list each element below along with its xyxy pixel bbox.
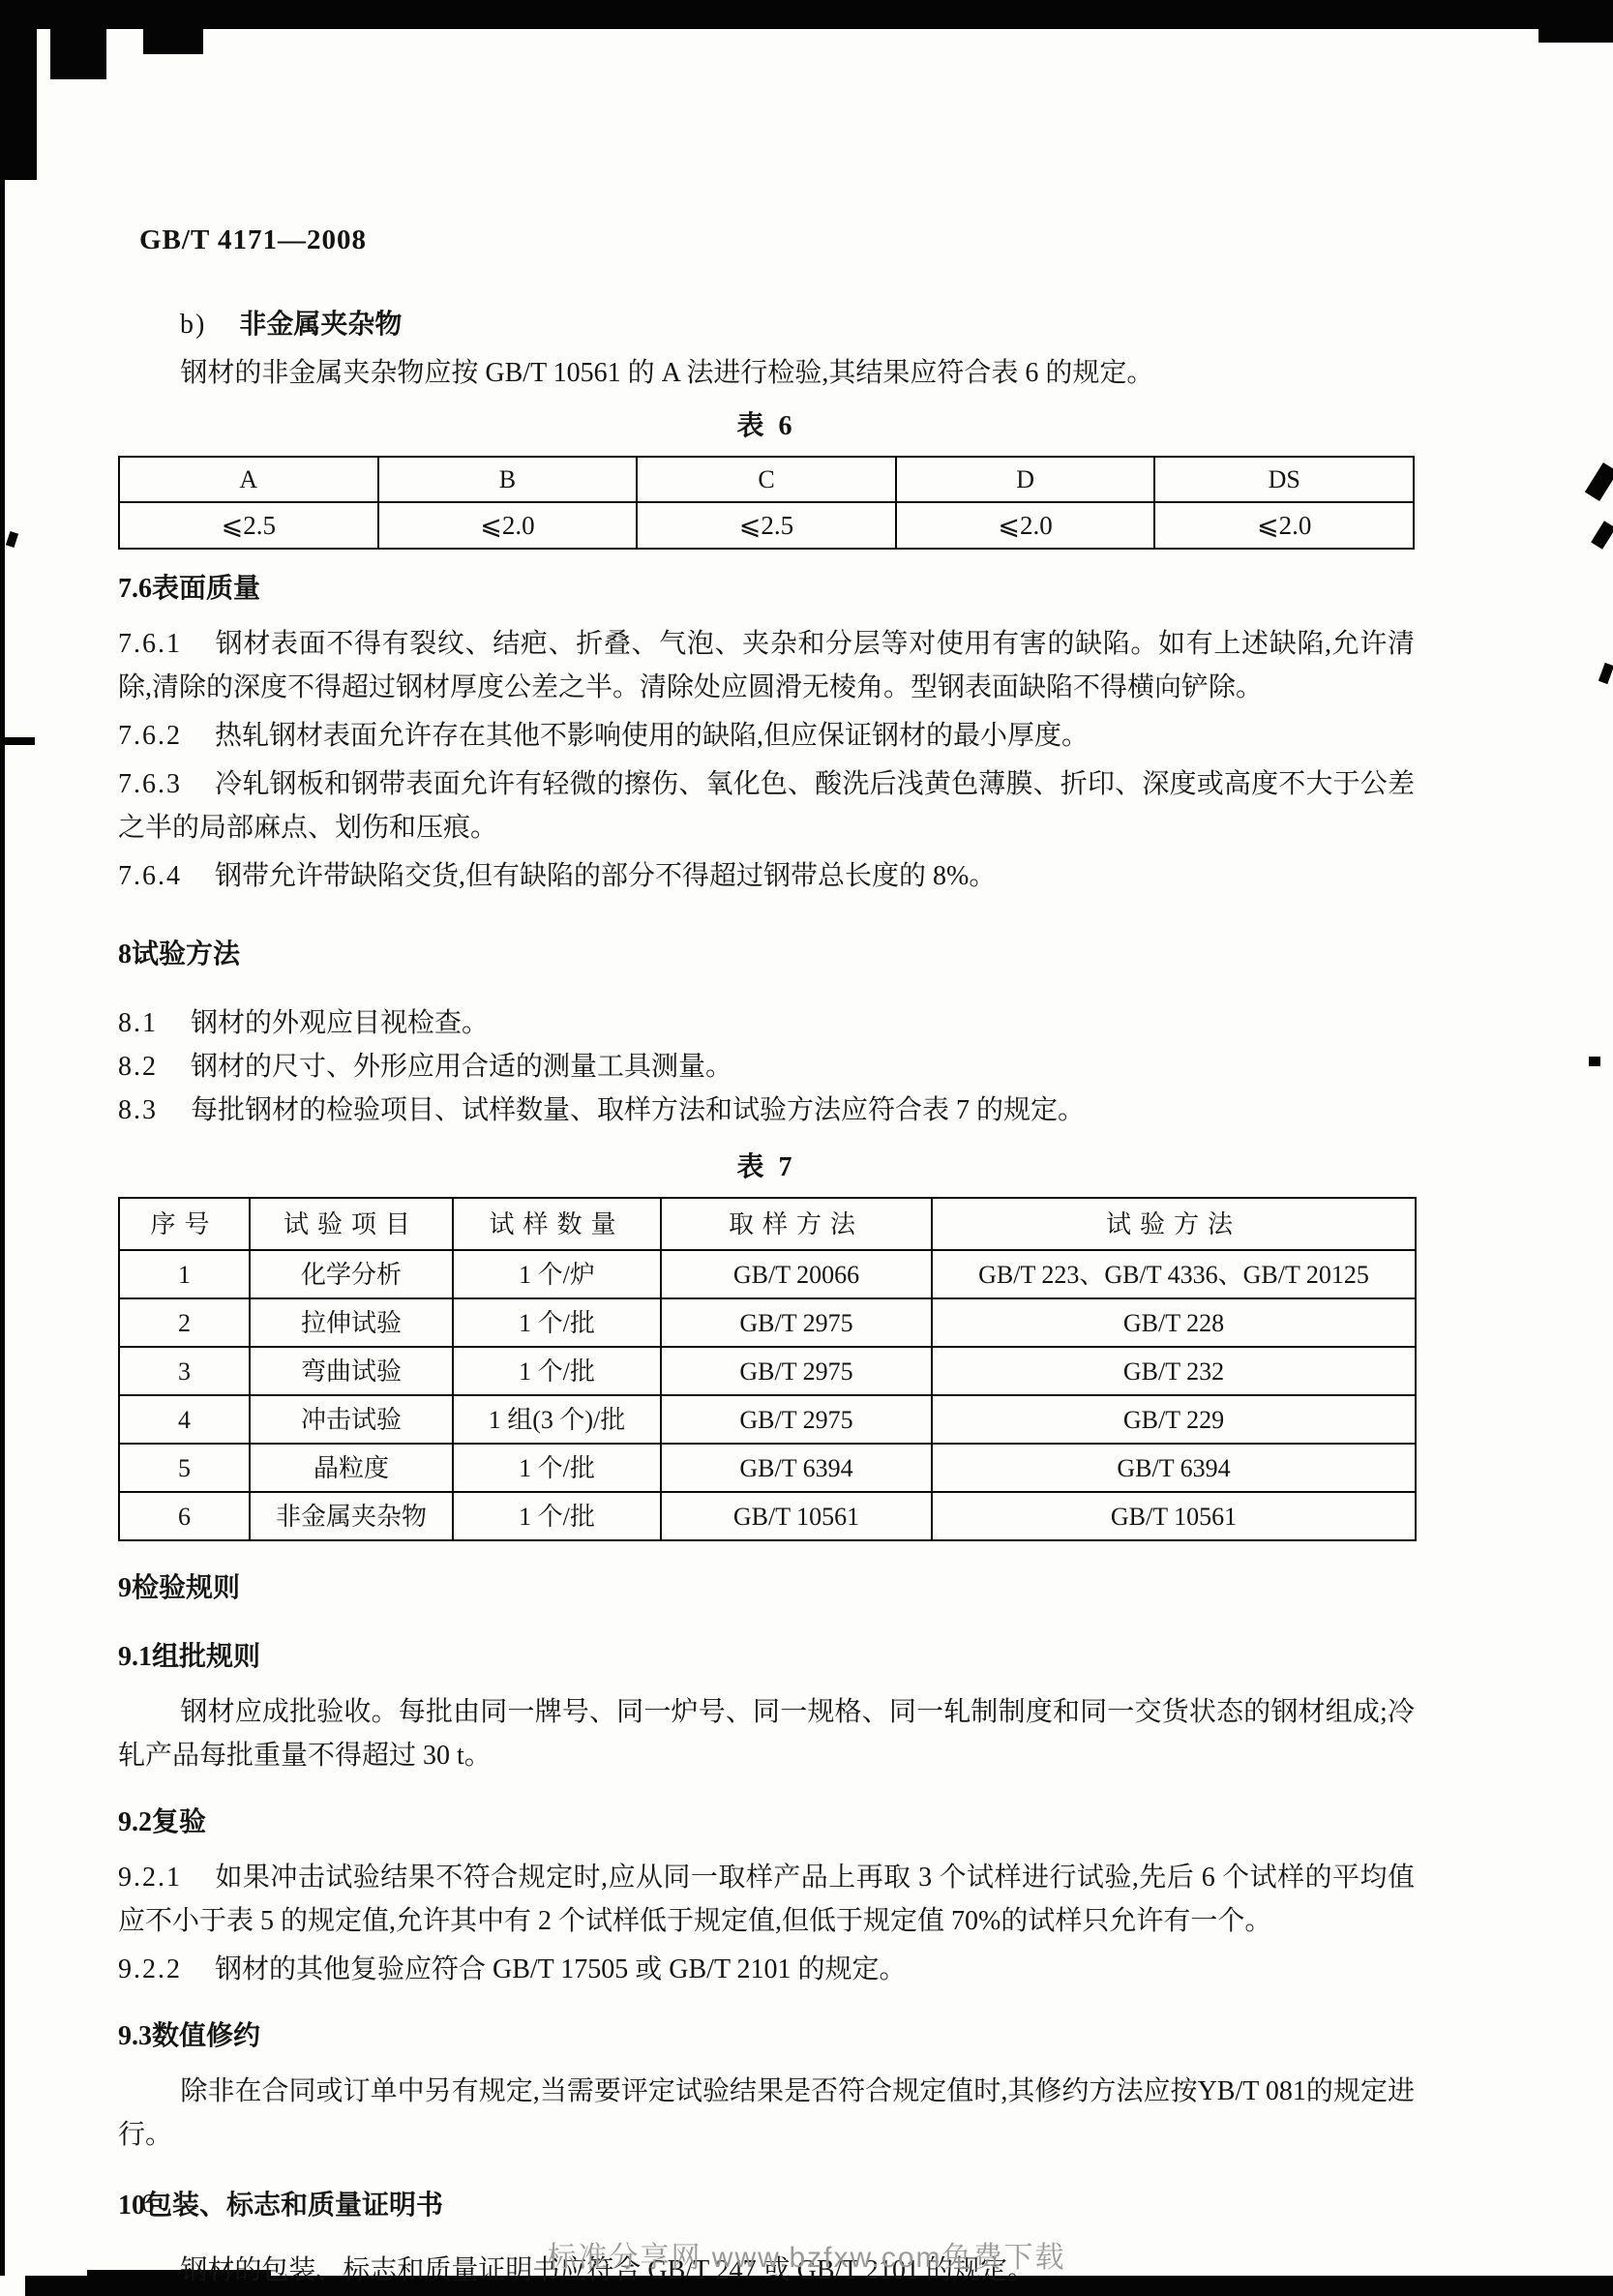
scan-edge-top-left-block <box>0 0 37 180</box>
page-number: 6 <box>141 2189 155 2219</box>
table-row: 2 拉伸试验 1 个/批 GB/T 2975 GB/T 228 <box>119 1298 1416 1347</box>
table-cell: 4 <box>119 1395 250 1444</box>
table-cell: GB/T 6394 <box>932 1444 1416 1492</box>
table7-caption: 表 7 <box>118 1146 1415 1189</box>
table-cell: 弯曲试验 <box>250 1347 453 1395</box>
list-item-marker: b) <box>180 310 206 340</box>
table-cell: ⩽2.0 <box>1154 502 1414 549</box>
table-row: 3 弯曲试验 1 个/批 GB/T 2975 GB/T 232 <box>119 1347 1416 1395</box>
clause-8-3: 8.3每批钢材的检验项目、试样数量、取样方法和试验方法应符合表 7 的规定。 <box>118 1088 1415 1132</box>
scan-edge-top <box>0 0 1613 29</box>
table-row: ⩽2.5 ⩽2.0 ⩽2.5 ⩽2.0 ⩽2.0 <box>119 502 1414 549</box>
table-cell: 1 个/批 <box>453 1492 661 1540</box>
scan-mark-right-1 <box>1585 462 1613 501</box>
table-cell: 6 <box>119 1492 250 1540</box>
scan-mark-right-4 <box>1589 1057 1600 1066</box>
scan-mark-right-2 <box>1591 521 1613 549</box>
table-header-cell: 取样方法 <box>661 1198 932 1250</box>
table7: 序号 试验项目 试样数量 取样方法 试验方法 1 化学分析 1 个/炉 GB/T… <box>118 1197 1415 1541</box>
table-cell: GB/T 6394 <box>661 1444 932 1492</box>
table-cell: ⩽2.5 <box>119 502 378 549</box>
heading-10: 10包装、标志和质量证明书 <box>118 2184 1415 2227</box>
table-header-row: A B C D DS <box>119 457 1414 502</box>
paragraph-b-body: 钢材的非金属夹杂物应按 GB/T 10561 的 A 法进行检验,其结果应符合表… <box>118 351 1415 395</box>
table-cell: 化学分析 <box>250 1250 453 1298</box>
document-body: GB/T 4171—2008 b)非金属夹杂物 钢材的非金属夹杂物应按 GB/T… <box>118 219 1415 2296</box>
table-cell: GB/T 229 <box>932 1395 1416 1444</box>
table-cell: 拉伸试验 <box>250 1298 453 1347</box>
table-cell: 1 个/批 <box>453 1298 661 1347</box>
clause-9-2-1: 9.2.1如果冲击试验结果不符合规定时,应从同一取样产品上再取 3 个试样进行试… <box>118 1856 1415 1943</box>
paragraph-9-3: 除非在合同或订单中另有规定,当需要评定试验结果是否符合规定值时,其修约方法应按Y… <box>118 2070 1415 2157</box>
table-header-cell: 试验方法 <box>932 1198 1416 1250</box>
table-header-cell: A <box>119 457 378 502</box>
table-row: 6 非金属夹杂物 1 个/批 GB/T 10561 GB/T 10561 <box>119 1492 1416 1540</box>
clause-7-6-4: 7.6.4钢带允许带缺陷交货,但有缺陷的部分不得超过钢带总长度的 8%。 <box>118 854 1415 898</box>
table-cell: ⩽2.5 <box>637 502 896 549</box>
table-row: 5 晶粒度 1 个/批 GB/T 6394 GB/T 6394 <box>119 1444 1416 1492</box>
scan-mark-left-dash <box>0 737 35 745</box>
table-cell: GB/T 228 <box>932 1298 1416 1347</box>
heading-7-6: 7.6表面质量 <box>118 567 1415 611</box>
table-cell: GB/T 2975 <box>661 1347 932 1395</box>
table-cell: 5 <box>119 1444 250 1492</box>
table-header-cell: 序号 <box>119 1198 250 1250</box>
heading-9-2: 9.2复验 <box>118 1801 1415 1844</box>
table-cell: GB/T 10561 <box>932 1492 1416 1540</box>
clause-7-6-3: 7.6.3冷轧钢板和钢带表面允许有轻微的擦伤、氧化色、酸洗后浅黄色薄膜、折印、深… <box>118 762 1415 850</box>
table-header-cell: C <box>637 457 896 502</box>
table-row: 4 冲击试验 1 组(3 个)/批 GB/T 2975 GB/T 229 <box>119 1395 1416 1444</box>
scan-mark-right-3 <box>1598 663 1613 684</box>
table-cell: 3 <box>119 1347 250 1395</box>
table-header-cell: 试验项目 <box>250 1198 453 1250</box>
table-cell: GB/T 10561 <box>661 1492 932 1540</box>
heading-8: 8试验方法 <box>118 933 1415 976</box>
table-header-cell: DS <box>1154 457 1414 502</box>
table-header-row: 序号 试验项目 试样数量 取样方法 试验方法 <box>119 1198 1416 1250</box>
table6: A B C D DS ⩽2.5 ⩽2.0 ⩽2.5 ⩽2.0 ⩽2.0 <box>118 456 1415 550</box>
table-cell: 1 组(3 个)/批 <box>453 1395 661 1444</box>
table-cell: ⩽2.0 <box>896 502 1155 549</box>
scan-edge-left-line <box>0 180 5 2276</box>
table-cell: GB/T 223、GB/T 4336、GB/T 20125 <box>932 1250 1416 1298</box>
clause-9-2-2: 9.2.2钢材的其他复验应符合 GB/T 17505 或 GB/T 2101 的… <box>118 1948 1415 1991</box>
table-row: 1 化学分析 1 个/炉 GB/T 20066 GB/T 223、GB/T 43… <box>119 1250 1416 1298</box>
table-cell: GB/T 2975 <box>661 1298 932 1347</box>
list-item-title: 非金属夹杂物 <box>239 310 402 340</box>
table-cell: 1 <box>119 1250 250 1298</box>
watermark-text: 标准分享网 www.bzfxw.com免费下载 <box>547 2233 1065 2276</box>
clause-8-1: 8.1钢材的外观应目视检查。 <box>118 1001 1415 1045</box>
table6-caption: 表 6 <box>118 404 1415 448</box>
clause-8-2: 8.2钢材的尺寸、外形应用合适的测量工具测量。 <box>118 1045 1415 1088</box>
scan-edge-top-tooth-2 <box>143 29 203 54</box>
table-cell: GB/T 20066 <box>661 1250 932 1298</box>
table-cell: 非金属夹杂物 <box>250 1492 453 1540</box>
clause-7-6-1: 7.6.1钢材表面不得有裂纹、结疤、折叠、气泡、夹杂和分层等对使用有害的缺陷。如… <box>118 622 1415 709</box>
table-cell: GB/T 2975 <box>661 1395 932 1444</box>
table-cell: 2 <box>119 1298 250 1347</box>
list-item-b: b)非金属夹杂物 <box>118 303 1415 346</box>
table-header-cell: B <box>378 457 638 502</box>
table-header-cell: 试样数量 <box>453 1198 661 1250</box>
paragraph-9-1: 钢材应成批验收。每批由同一牌号、同一炉号、同一规格、同一轧制制度和同一交货状态的… <box>118 1690 1415 1777</box>
clause-7-6-2: 7.6.2热轧钢材表面允许存在其他不影响使用的缺陷,但应保证钢材的最小厚度。 <box>118 714 1415 758</box>
table-cell: 1 个/批 <box>453 1444 661 1492</box>
table-cell: 1 个/炉 <box>453 1250 661 1298</box>
scanned-document-page: GB/T 4171—2008 b)非金属夹杂物 钢材的非金属夹杂物应按 GB/T… <box>0 0 1613 2296</box>
heading-9: 9检验规则 <box>118 1566 1415 1610</box>
table-cell: 晶粒度 <box>250 1444 453 1492</box>
heading-9-1: 9.1组批规则 <box>118 1635 1415 1679</box>
table-cell: 1 个/批 <box>453 1347 661 1395</box>
table-cell: GB/T 232 <box>932 1347 1416 1395</box>
scan-edge-top-tooth-1 <box>50 29 106 79</box>
table-header-cell: D <box>896 457 1155 502</box>
scan-mark-left-dot <box>6 531 18 548</box>
table-cell: 冲击试验 <box>250 1395 453 1444</box>
scan-edge-top-right <box>1538 0 1613 43</box>
standard-number: GB/T 4171—2008 <box>139 219 1415 262</box>
heading-9-3: 9.3数值修约 <box>118 2014 1415 2058</box>
table-cell: ⩽2.0 <box>378 502 638 549</box>
